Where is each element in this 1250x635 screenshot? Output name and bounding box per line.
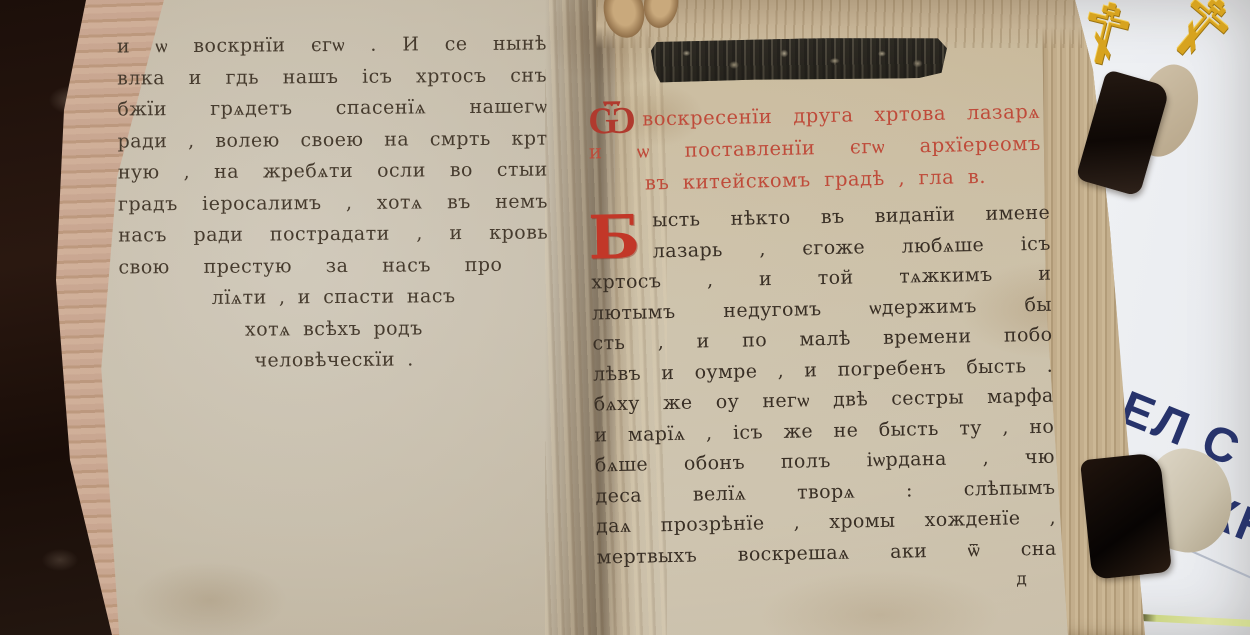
left-page-text: и ѡ воскрнїи єгѡ . И се нынѣ влка и гдь …	[117, 29, 549, 378]
text-line: хотѧ всѣхъ родъ	[119, 312, 549, 347]
headpiece-woodcut-icon	[651, 36, 948, 84]
background-sheet-edge	[1141, 614, 1250, 627]
text-line: влка и гдь нашъ ісъ хртосъ снъ	[117, 60, 547, 95]
text-line: ради , волею своею на смрть крт	[117, 123, 547, 158]
text-line: и ѡ воскрнїи єгѡ . И се нынѣ	[117, 29, 547, 64]
text-line: человѣческїи .	[119, 343, 549, 378]
right-page-text: Б ысть нѣкто въ виданїи имене лазарь , є…	[590, 198, 1058, 603]
text-line: ную , на жребѧти осли во стыи	[118, 155, 548, 190]
heading-text: воскресенїи друга хртова лазарѧ	[642, 100, 1040, 131]
text-line: свою престую за насъ про	[118, 249, 548, 284]
right-page: Ѿвоскресенїи друга хртова лазарѧ и ѡ пос…	[587, 22, 1068, 603]
text-line: градъ іеросалимъ , хотѧ въ немъ	[118, 186, 548, 221]
open-book-pages: и ѡ воскрнїи єгѡ . И се нынѣ влка и гдь …	[0, 0, 1250, 635]
text-line: лїѧти , и спасти насъ	[119, 280, 549, 315]
chapter-heading: Ѿвоскресенїи друга хртова лазарѧ и ѡ пос…	[588, 96, 1042, 201]
text-line: насъ ради пострадати , и кровь	[118, 217, 548, 252]
photo-old-book: ☦ ☦ ЕЛ С ЖН и ѡ воскрнїи єгѡ . И се нынѣ…	[0, 0, 1250, 635]
text-line: бжїи грѧдетъ спасенїѧ нашегѡ	[117, 92, 547, 127]
drop-cap-initial: Б	[588, 210, 641, 267]
leather-clasp-strap	[1080, 452, 1172, 580]
